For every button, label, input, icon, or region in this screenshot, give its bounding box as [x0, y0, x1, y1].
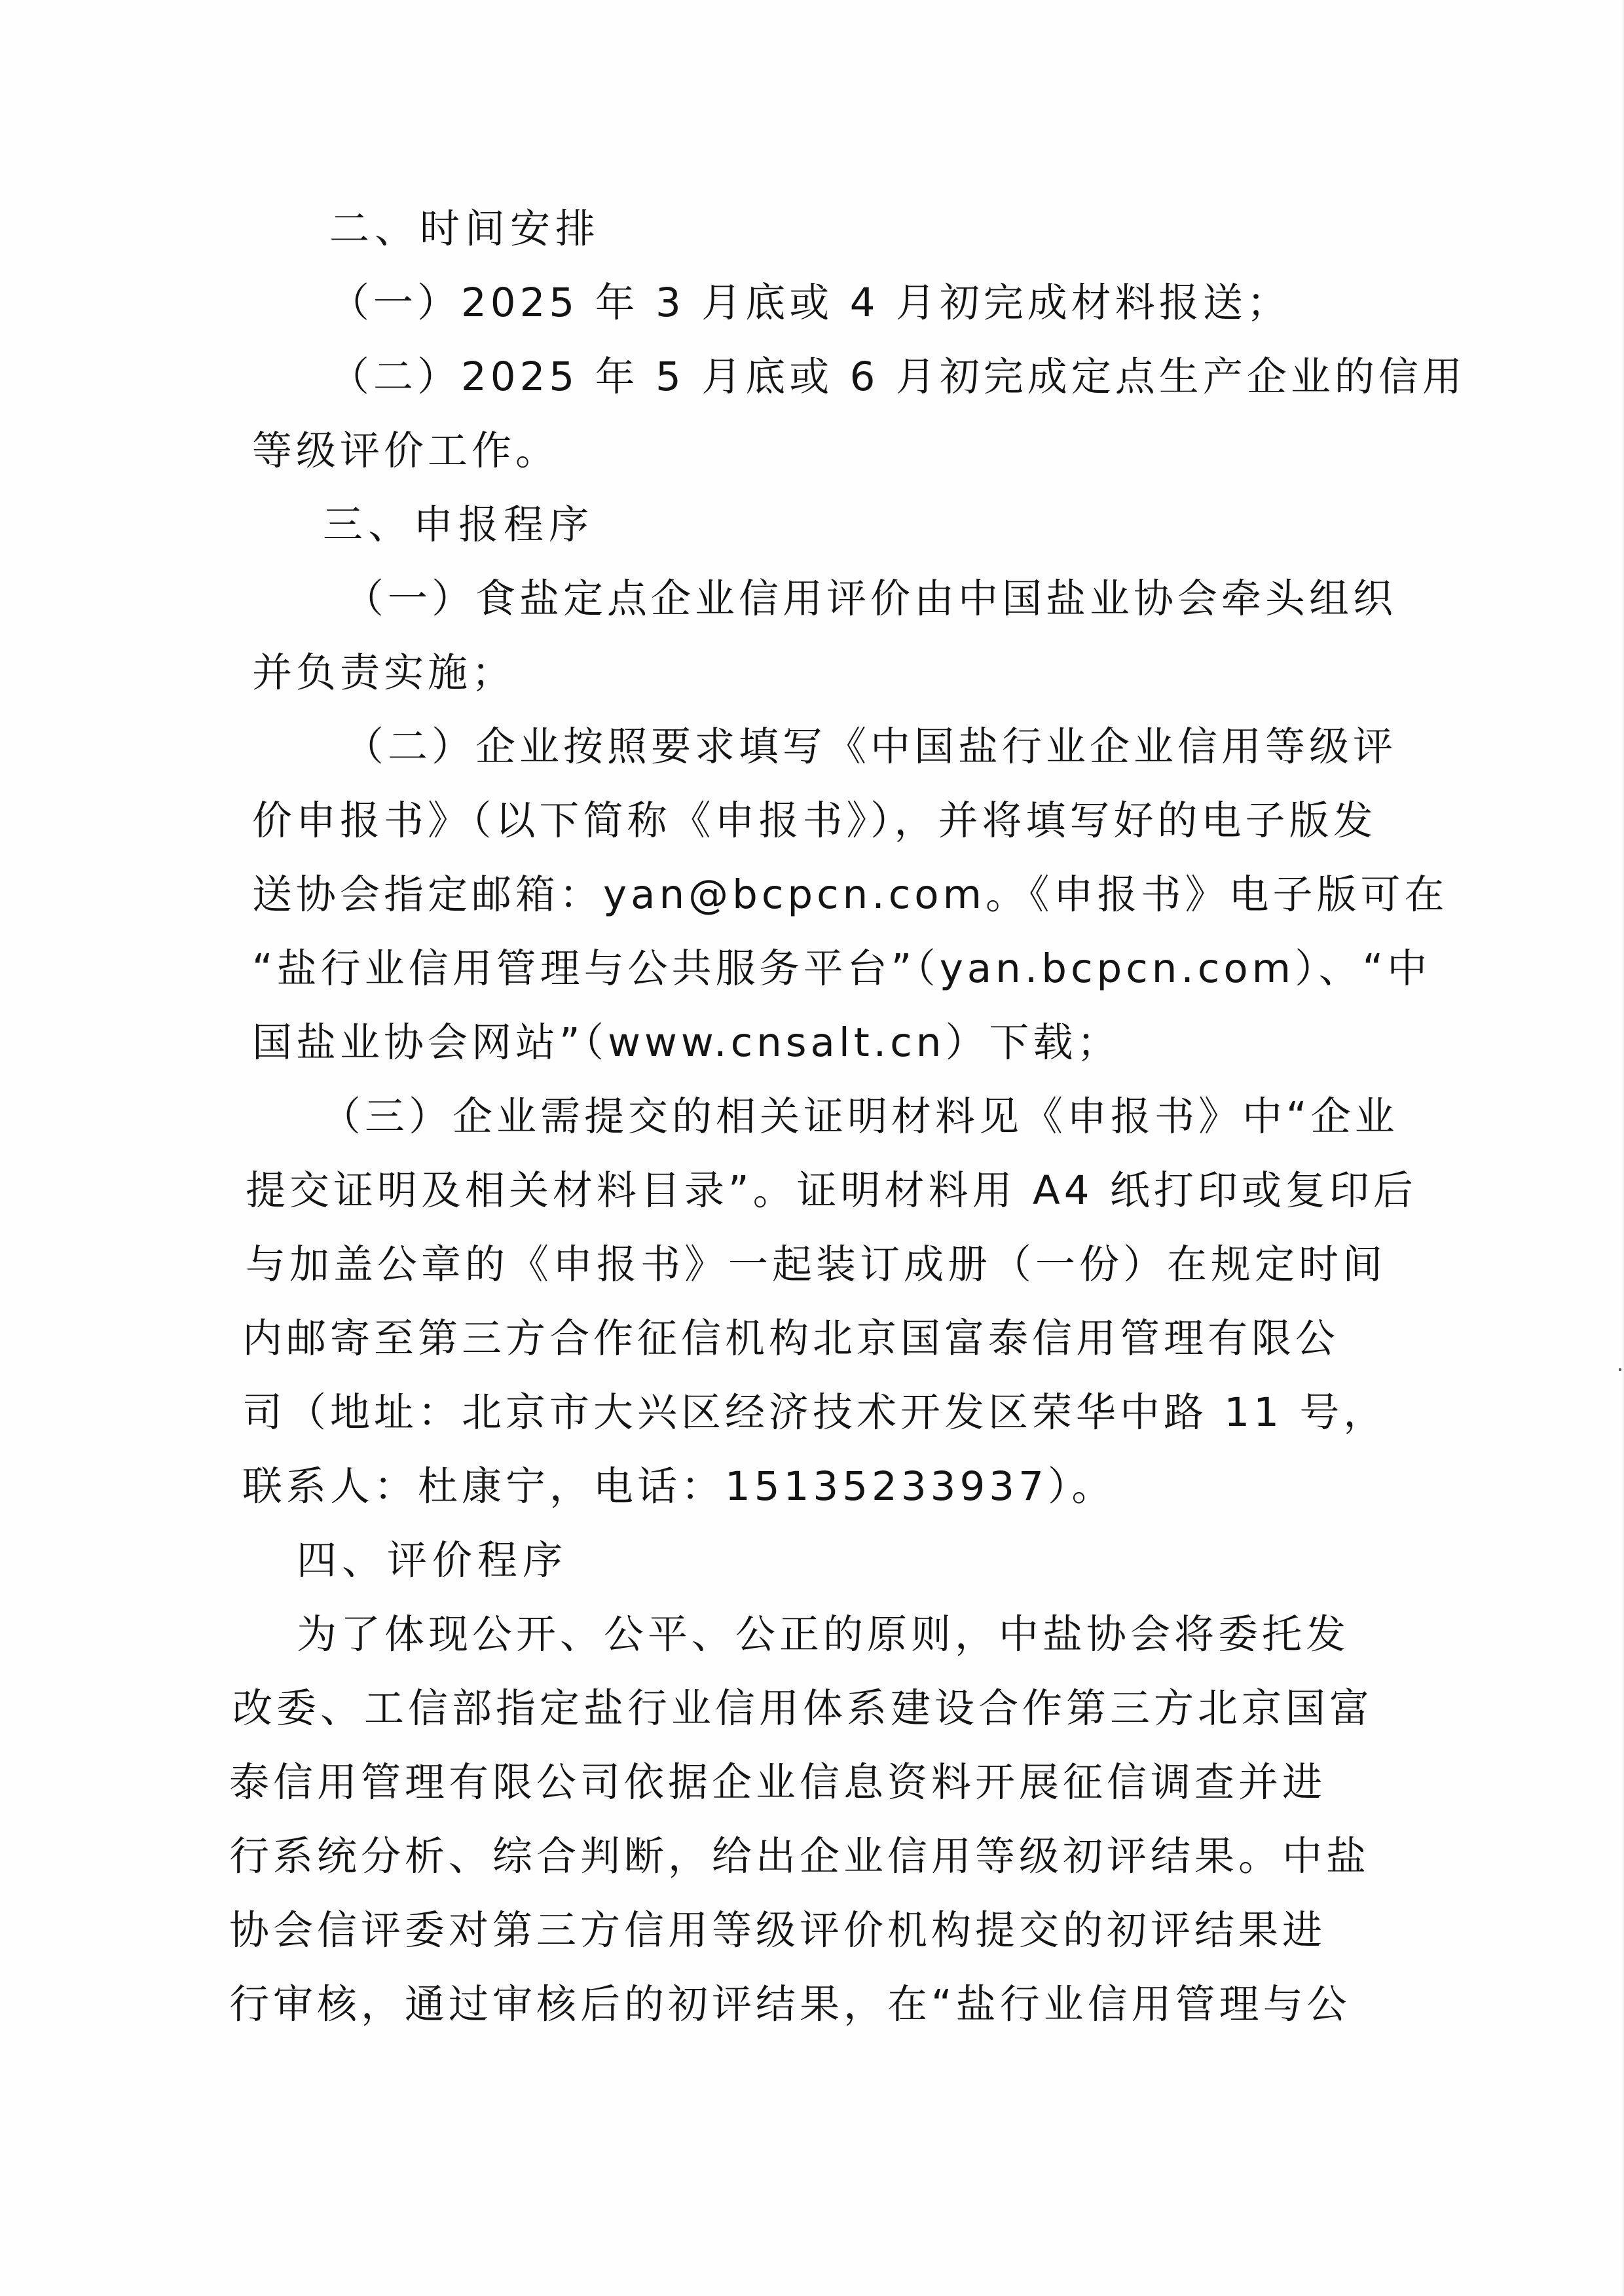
scan-edge-shadow	[1621, 0, 1624, 2296]
paragraph-line: 行系统分析、综合判断，给出企业信用等级初评结果。中盐	[229, 1831, 1370, 1883]
paragraph-line: 行审核，通过审核后的初评结果，在“盐行业信用管理与公	[229, 1978, 1351, 2031]
paragraph-line-website: 国盐业协会网站”（www.cnsalt.cn）下载；	[252, 1017, 1120, 1069]
paragraph-line-email: 送协会指定邮箱：yan@bcpcn.com。《申报书》电子版可在	[252, 869, 1449, 921]
paragraph-line: 泰信用管理有限公司依据企业信息资料开展征信调查并进	[229, 1757, 1326, 1809]
paragraph-line: 内邮寄至第三方合作征信机构北京国富泰信用管理有限公	[242, 1313, 1339, 1365]
paragraph-line: （二）企业按照要求填写《中国盐行业企业信用等级评	[344, 721, 1397, 773]
paragraph-line-contact: 联系人：杜康宁，电话：15135233937）。	[242, 1461, 1115, 1513]
paragraph-line: （一）2025 年 3 月底或 4 月初完成材料报送；	[329, 277, 1291, 329]
paragraph-line-platform: “盐行业信用管理与公共服务平台”（yan.bcpcn.com）、“中	[252, 943, 1431, 995]
paragraph-line-address: 司（地址：北京市大兴区经济技术开发区荣华中路 11 号，	[242, 1387, 1387, 1439]
scan-speck	[1619, 1368, 1621, 1371]
document-page: 二、时间安排 （一）2025 年 3 月底或 4 月初完成材料报送； （二）20…	[0, 0, 1624, 2296]
section-heading-application-procedure: 三、申报程序	[323, 499, 594, 551]
paragraph-line: （二）2025 年 5 月底或 6 月初完成定点生产企业的信用	[329, 351, 1466, 403]
paragraph-line: 并负责实施；	[252, 647, 515, 699]
section-heading-evaluation-procedure: 四、评价程序	[297, 1535, 568, 1587]
paragraph-line: （三）企业需提交的相关证明材料见《申报书》中“企业	[321, 1091, 1399, 1143]
paragraph-line: 价申报书》（以下简称《申报书》），并将填写好的电子版发	[252, 795, 1377, 847]
paragraph-line: 改委、工信部指定盐行业信用体系建设合作第三方北京国富	[232, 1683, 1373, 1735]
paragraph-line: （一）食盐定点企业信用评价由中国盐业协会牵头组织	[344, 573, 1397, 625]
paragraph-line: 与加盖公章的《申报书》一起装订成册（一份）在规定时间	[246, 1239, 1386, 1291]
section-heading-schedule: 二、时间安排	[329, 203, 600, 255]
paragraph-line: 提交证明及相关材料目录”。证明材料用 A4 纸打印或复印后	[246, 1165, 1417, 1217]
paragraph-line: 协会信评委对第三方信用等级评价机构提交的初评结果进	[229, 1904, 1326, 1957]
paragraph-line: 为了体现公开、公平、公正的原则，中盐协会将委托发	[297, 1609, 1350, 1661]
paragraph-line: 等级评价工作。	[252, 425, 559, 477]
